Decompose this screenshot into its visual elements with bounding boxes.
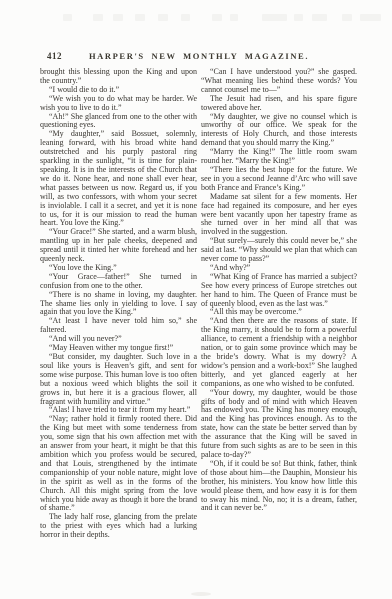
paragraph: “We wish you to do what may be harder. W… xyxy=(40,95,197,113)
paragraph: “There is no shame in loving, my daughte… xyxy=(40,291,197,318)
page-number: 412 xyxy=(47,51,62,61)
paragraph: “My daughter, we give no counsel which i… xyxy=(201,113,357,149)
ghost-text-block xyxy=(342,14,352,21)
paragraph: Madame sat silent for a few moments. Her… xyxy=(201,193,357,238)
paragraph: “Your dowry, my daughter, would be those… xyxy=(201,389,357,460)
paragraph: “There lies the best hope for the future… xyxy=(201,166,357,193)
ghost-text-block xyxy=(113,14,123,21)
ghost-text-block xyxy=(360,14,381,21)
paragraph: “Can I have understood you?” she gasped.… xyxy=(201,68,357,95)
ghost-text-block xyxy=(135,14,145,21)
paragraph: “Oh, if it could be so! But think, fathe… xyxy=(201,460,357,513)
right-column: “Can I have understood you?” she gasped.… xyxy=(201,68,357,513)
ghost-text-block xyxy=(181,14,190,21)
paragraph: “Marry the King!” The little room swam r… xyxy=(201,148,357,166)
page-header: 412 HARPER'S NEW MONTHLY MAGAZINE. xyxy=(40,51,358,63)
ghost-text-block xyxy=(312,14,327,21)
paragraph: The lady half rose, glancing from the pr… xyxy=(40,513,197,540)
ghost-text-block xyxy=(63,14,72,21)
ghost-text-block xyxy=(294,14,303,21)
ghost-text-block xyxy=(230,14,238,21)
paragraph: “But surely—surely this could never be,”… xyxy=(201,237,357,264)
paragraph: “Your Grace—father!” She turned in confu… xyxy=(40,273,197,291)
paragraph: “Nay; rather hold it firmly rooted there… xyxy=(40,415,197,513)
magazine-page-scan: 412 HARPER'S NEW MONTHLY MAGAZINE. broug… xyxy=(0,0,392,599)
paragraph: “My daughter,” said Bossuet, solemnly, l… xyxy=(40,130,197,228)
ghost-text-block xyxy=(212,14,222,21)
paragraph: “Ah!” She glanced from one to the other … xyxy=(40,113,197,131)
paragraph: “What King of France has married a subje… xyxy=(201,273,357,309)
journal-header-title: HARPER'S NEW MONTHLY MAGAZINE. xyxy=(40,51,358,61)
paragraph: “And then there are the reasons of state… xyxy=(201,317,357,388)
page-bottom-mark xyxy=(191,592,211,596)
paragraph: The Jesuit had risen, and his spare figu… xyxy=(201,95,357,113)
paragraph: “But consider, my daughter. Such love in… xyxy=(40,353,197,406)
paragraph: brought this blessing upon the King and … xyxy=(40,68,197,86)
left-column: brought this blessing upon the King and … xyxy=(40,68,197,540)
ghost-text-block xyxy=(93,14,103,21)
ghost-text-block xyxy=(158,14,168,21)
paragraph: “Your Grace!” She started, and a warm bl… xyxy=(40,228,197,264)
paragraph: “At least I have never told him so,” she… xyxy=(40,317,197,335)
ghost-text-block xyxy=(262,14,287,21)
